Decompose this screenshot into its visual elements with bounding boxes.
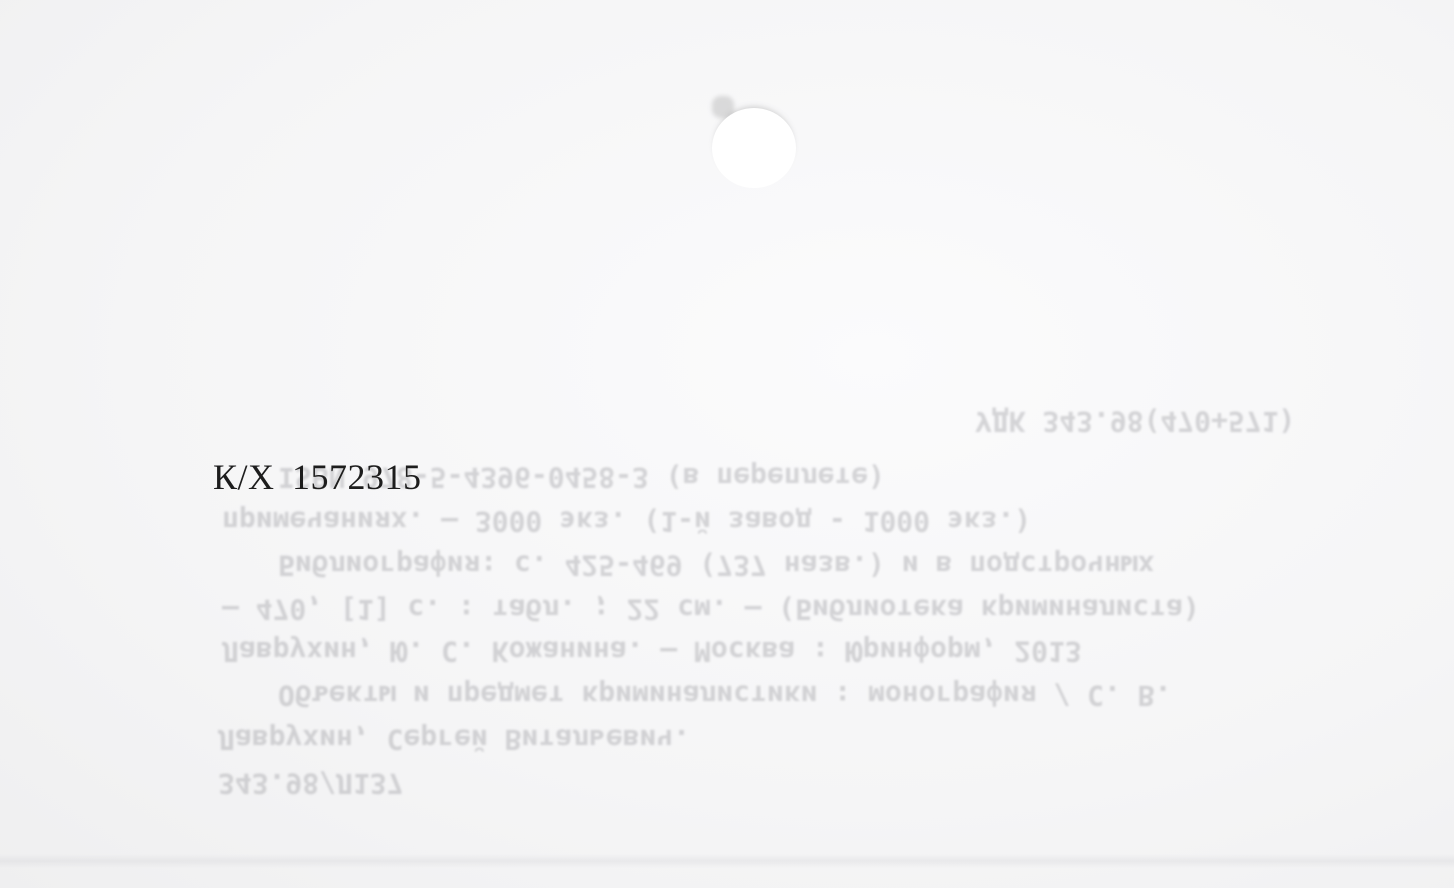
card-bottom-edge <box>0 854 1454 868</box>
bleed-bibliography: Библиография: с. 425-469 (737 назв.) и в… <box>278 549 1155 582</box>
bleed-udc: УДК 343.98(470+571) <box>975 405 1295 438</box>
bleed-author: Лаврухин, Сергей Витальевич. <box>218 723 690 756</box>
catalog-card-back: 343.98/Л137 Лаврухин, Сергей Витальевич.… <box>0 0 1454 888</box>
bleed-title: Объекты и предмет криминалистики : моног… <box>278 679 1171 712</box>
punch-hole <box>712 108 796 188</box>
bleed-notes: примечаниях. — 3000 экз. (1-й завод - 10… <box>222 505 1031 538</box>
bleed-call-number: 343.98/Л137 <box>218 767 403 800</box>
bleed-imprint: Лаврухин, Ю. С. Кожанина. — Москва : Юри… <box>222 635 1082 668</box>
accession-number: К/Х 1572315 <box>213 456 422 498</box>
bleed-collation: — 470, [1] с. : табл. ; 22 см. — (Библио… <box>222 593 1200 626</box>
